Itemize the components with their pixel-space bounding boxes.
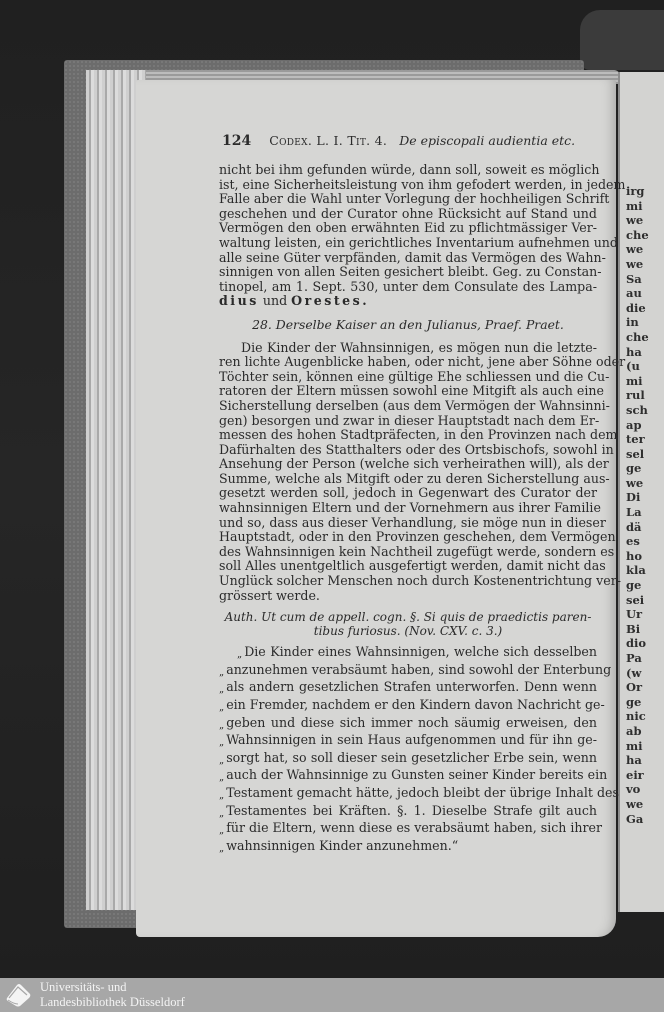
facing-page-line: nic [620,709,649,724]
text-line: ist, eine Sicherheitsleistung von ihm ge… [219,178,597,193]
text-line: „wahnsinnigen Kinder anzunehmen.“ [219,839,597,857]
facing-page-text: irgmiwecheweweSaaudieincheha(umirulschap… [620,184,649,826]
facing-page-line: Ur [620,607,649,622]
facing-page-line: ab [620,724,649,739]
facing-page-line: mi [620,374,649,389]
text-line: dius und Orestes. [219,294,597,309]
facing-page-line: die [620,301,649,316]
facing-page-line: Ga [620,812,649,827]
text-line: tinopel, am 1. Sept. 530, unter dem Cons… [219,280,597,295]
name-lampadius: dius [219,293,259,308]
text-line: „anzunehmen verabsäumt haben, sind sowoh… [219,663,597,681]
facing-page-line: in [620,315,649,330]
text-line: ratoren der Eltern müssen sowohl eine Mi… [219,384,597,399]
facing-page-line: mi [620,199,649,214]
text-line: Unglück solcher Menschen noch durch Kost… [219,574,597,589]
page-body: nicht bei ihm gefunden würde, dann soll,… [219,163,597,856]
text-line: sinnigen von allen Seiten gesichert blei… [219,265,597,280]
codex-reference: Codex. L. I. Tit. 4. [269,133,387,148]
facing-page-line: eir [620,768,649,783]
name-orestes: Orestes. [291,293,369,308]
text-line: „Die Kinder eines Wahnsinnigen, welche s… [219,645,597,663]
text-line: ren lichte Augenblicke haben, oder nicht… [219,355,597,370]
section-heading: 28. Derselbe Kaiser an den Julianus, Pra… [219,318,597,333]
facing-page-line: (w [620,666,649,681]
facing-page-line: dio [620,636,649,651]
facing-page-line: we [620,242,649,257]
text-line: gesetzt werden soll, jedoch in Gegenwart… [219,486,597,501]
facing-page-line: Bi [620,622,649,637]
text-line: des Wahnsinnigen kein Nachtheil zugefügt… [219,545,597,560]
facing-page-line: Sa [620,272,649,287]
facing-page-line: Di [620,490,649,505]
facing-page-line: ho [620,549,649,564]
text-line: Summe, welche als Mitgift oder zu deren … [219,472,597,487]
text-line: „Testament gemacht hätte, jedoch bleibt … [219,786,597,804]
library-book-logo-icon [4,982,32,1008]
facing-page-line: che [620,228,649,243]
text-line: „auch der Wahnsinnige zu Gunsten seiner … [219,768,597,786]
text-line: Ansehung der Person (welche sich verheir… [219,457,597,472]
page-number: 124 [222,133,251,149]
authentica-heading: Auth. Ut cum de appell. cogn. §. Si quis… [219,611,597,638]
text-line: und so, dass aus dieser Verhandlung, sie… [219,516,597,531]
text-line: „sorgt hat, so soll dieser sein gesetzli… [219,751,597,769]
text-line: Sicherstellung derselben (aus dem Vermög… [219,399,597,414]
facing-page-line: che [620,330,649,345]
paragraph-authentica: „Die Kinder eines Wahnsinnigen, welche s… [219,645,597,856]
text-line: Falle aber die Wahl unter Vorlegung der … [219,192,597,207]
paragraph-law-28: Die Kinder der Wahnsinnigen, es mögen nu… [219,341,597,604]
facing-page-line: ge [620,695,649,710]
facing-page-line: mi [620,739,649,754]
text-line: „als andern gesetzlichen Strafen unterwo… [219,680,597,698]
facing-page-line: ge [620,461,649,476]
text-line: grössert werde. [219,589,597,604]
facing-page-line: ter [620,432,649,447]
text-line: soll Alles unentgeltlich ausgefertigt we… [219,559,597,574]
facing-page-line: sel [620,447,649,462]
book-clip [580,10,664,70]
facing-page-line: ap [620,418,649,433]
running-head: 124 Codex. L. I. Tit. 4. De episcopali a… [222,133,602,149]
text-line: „geben und diese sich immer noch säumig … [219,716,597,734]
facing-page: irgmiwecheweweSaaudieincheha(umirulschap… [618,72,664,912]
text-line: messen des hohen Stadtpräfecten, in den … [219,428,597,443]
facing-page-line: Or [620,680,649,695]
facing-page-line: sch [620,403,649,418]
text-line: Die Kinder der Wahnsinnigen, es mögen nu… [219,341,597,356]
facing-page-line: ha [620,753,649,768]
text-line: Vermögen den oben erwähnten Eid zu pflic… [219,221,597,236]
text-line: Dafürhalten des Statthalters oder des Or… [219,443,597,458]
facing-page-line: rul [620,388,649,403]
facing-page-line: we [620,797,649,812]
text-line: wahnsinnigen Eltern und der Vornehmern a… [219,501,597,516]
text-line: Hauptstadt, oder in den Provinzen gesche… [219,530,597,545]
facing-page-line: we [620,213,649,228]
facing-page-line: dä [620,520,649,535]
facing-page-line: ge [620,578,649,593]
library-footer: Universitäts- und Landesbibliothek Düsse… [0,978,664,1012]
paragraph-continuation: nicht bei ihm gefunden würde, dann soll,… [219,163,597,309]
running-title: De episcopali audientia etc. [399,133,575,148]
text-line: „für die Eltern, wenn diese es verabsäum… [219,821,597,839]
text-line: „Wahnsinnigen in sein Haus aufgenommen u… [219,733,597,751]
institution-name: Universitäts- und Landesbibliothek Düsse… [40,980,185,1010]
text-line: alle seine Güter verpfänden, damit das V… [219,251,597,266]
text-line: nicht bei ihm gefunden würde, dann soll,… [219,163,597,178]
facing-page-line: kla [620,563,649,578]
facing-page-line: es [620,534,649,549]
text-line: Töchter sein, können eine gültige Ehe sc… [219,370,597,385]
facing-page-line: Pa [620,651,649,666]
text-line: „Testamentes bei Kräften. §. 1. Dieselbe… [219,804,597,822]
text-line: „ein Fremder, nachdem er den Kindern dav… [219,698,597,716]
facing-page-line: sei [620,593,649,608]
facing-page-line: we [620,476,649,491]
text-line: geschehen und der Curator ohne Rücksicht… [219,207,597,222]
facing-page-line: La [620,505,649,520]
facing-page-line: vo [620,782,649,797]
text-line: gen) besorgen und zwar in dieser Hauptst… [219,414,597,429]
text-line: waltung leisten, ein gerichtliches Inven… [219,236,597,251]
facing-page-line: we [620,257,649,272]
facing-page-line: au [620,286,649,301]
